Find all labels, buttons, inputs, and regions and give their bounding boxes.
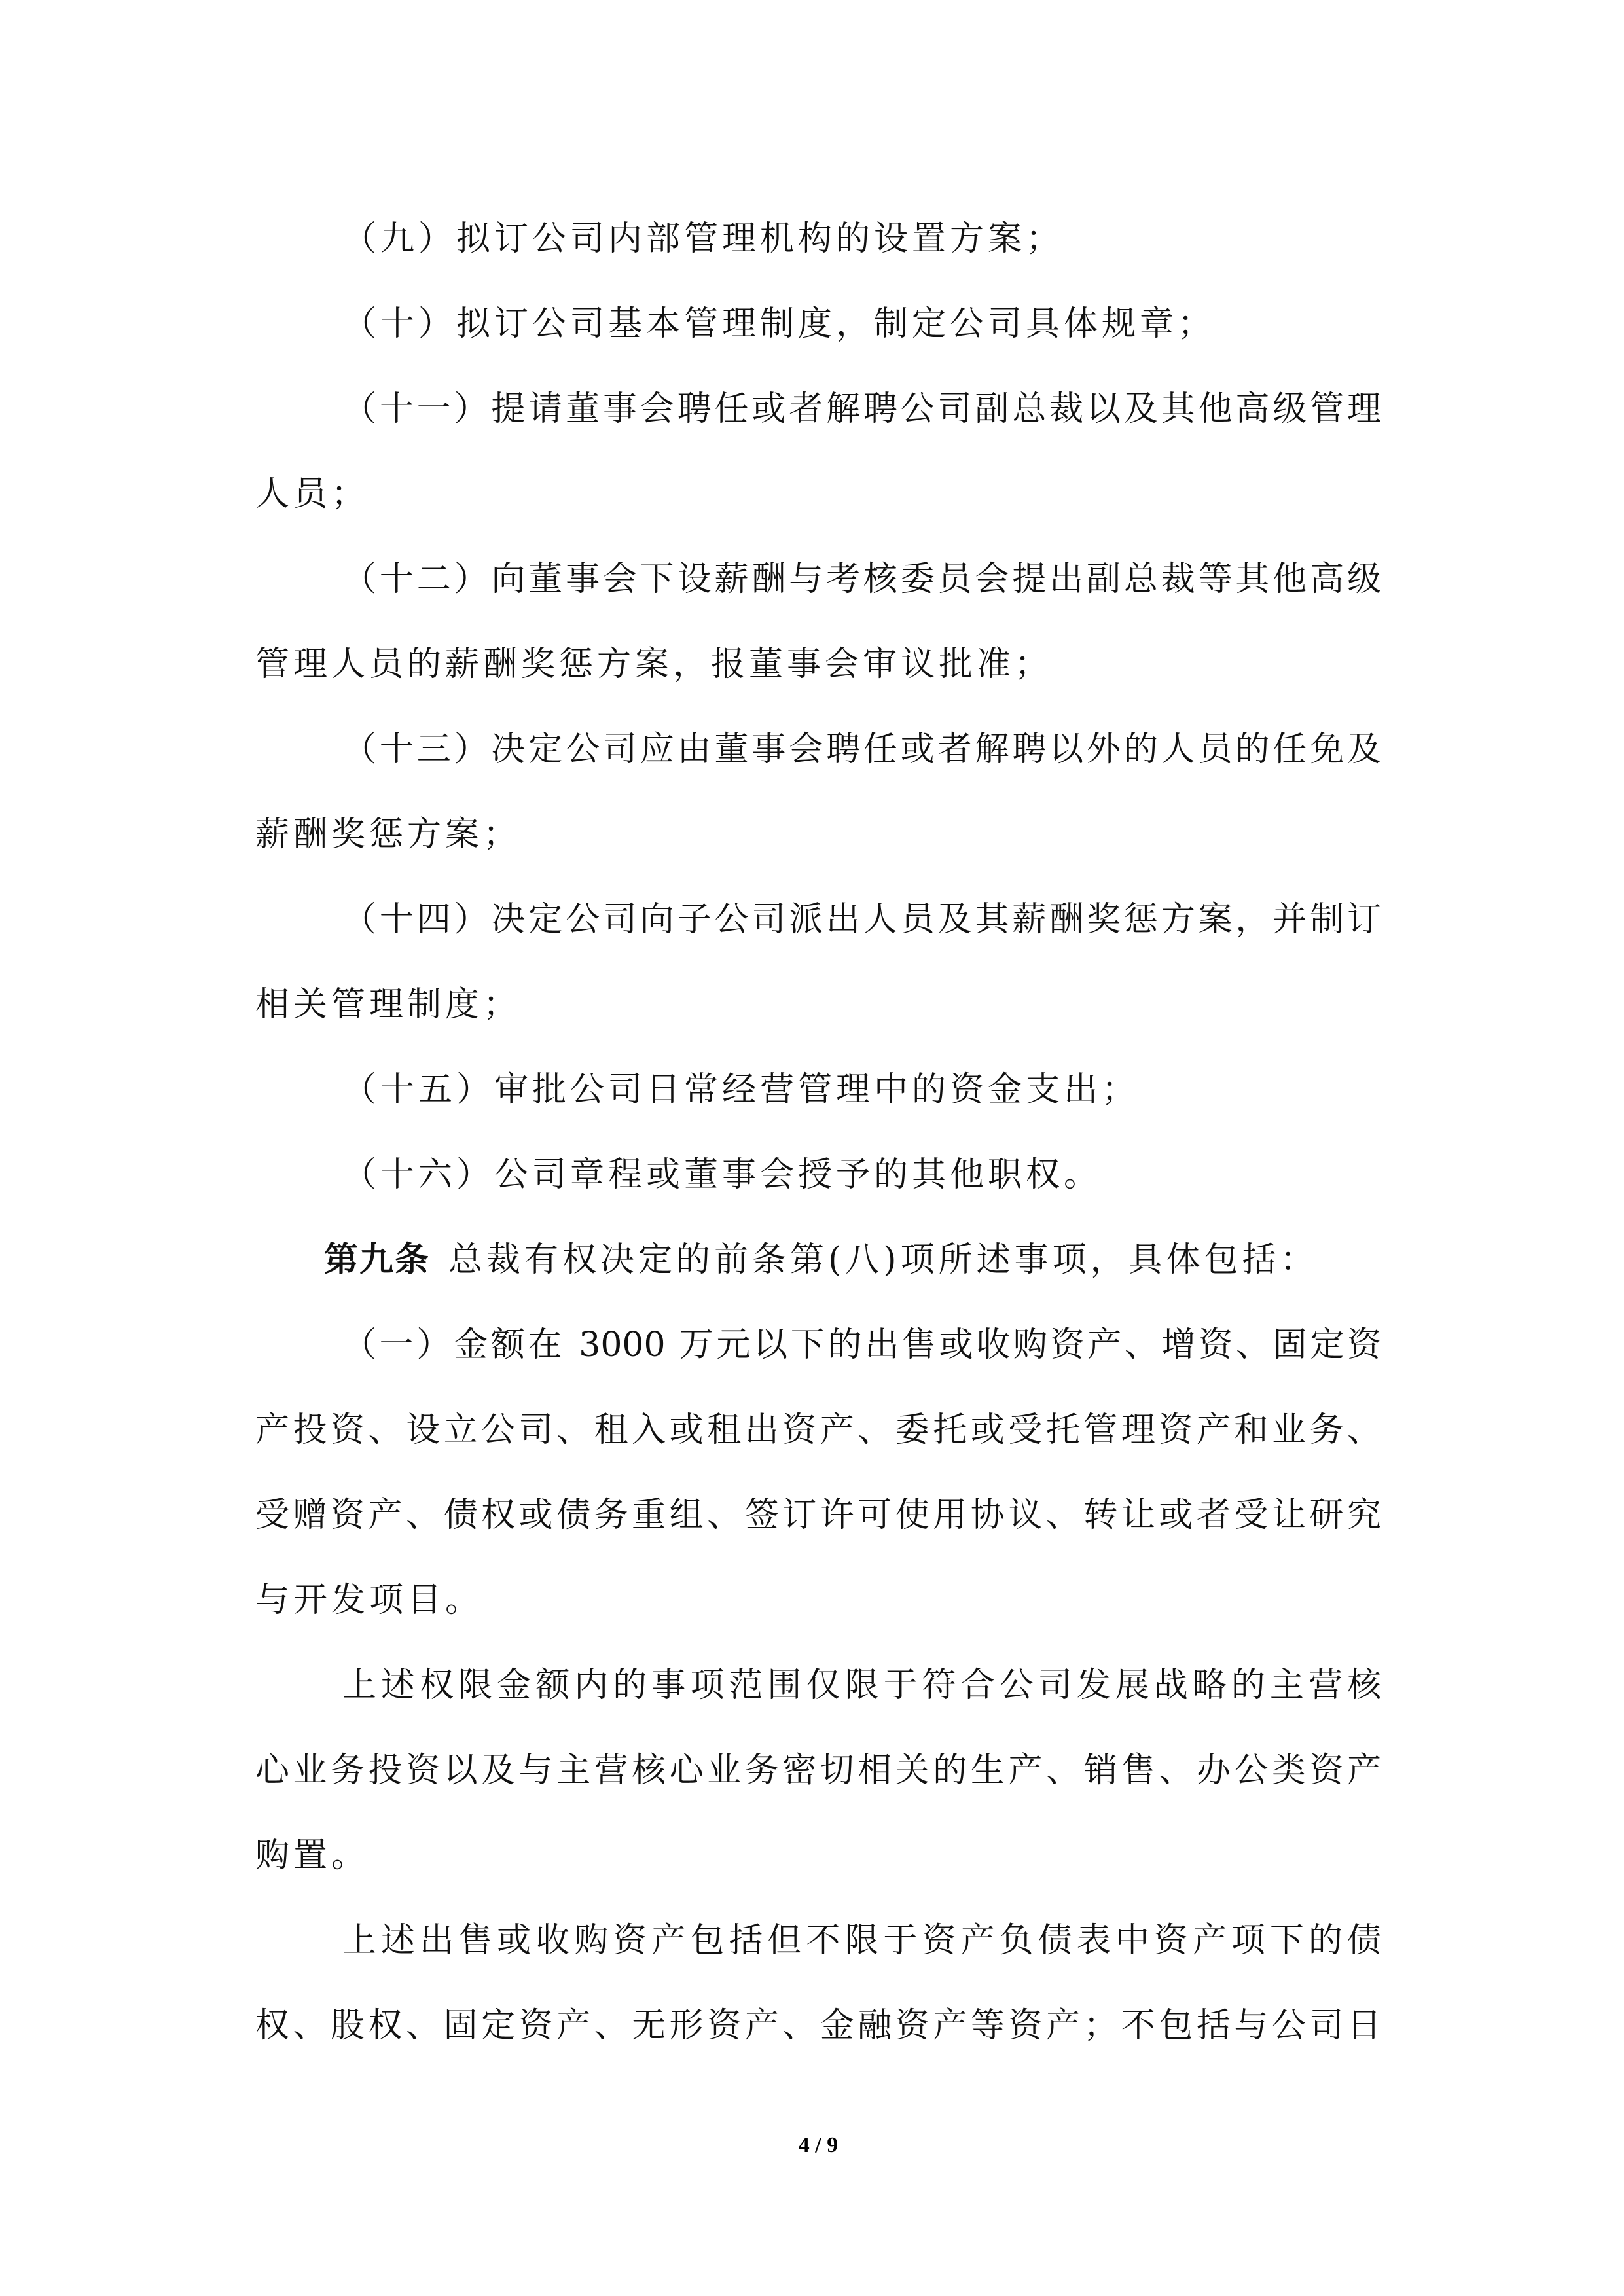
list-item-11-line1: （十一）提请董事会聘任或者解聘公司副总裁以及其他高级管理 (342, 386, 1381, 432)
paragraph-scope-line2: 心业务投资以及与主营核心业务密切相关的生产、销售、办公类资产 (255, 1748, 1381, 1793)
list-item-12-line1: （十二）向董事会下设薪酬与考核委员会提出副总裁等其他高级 (342, 556, 1381, 602)
list-item-13-line2: 薪酬奖惩方案； (255, 812, 521, 857)
list-item-12-line2: 管理人员的薪酬奖惩方案，报董事会审议批准； (255, 641, 1053, 687)
sub-item-1-line4: 与开发项目。 (255, 1577, 483, 1623)
paragraph-assets-line2: 权、股权、固定资产、无形资产、金融资产等资产；不包括与公司日 (255, 2003, 1381, 2049)
page-number: 4 / 9 (746, 2130, 890, 2161)
paragraph-scope-line3: 购置。 (255, 1833, 369, 1878)
sub-item-1-line1: （一）金额在 3000 万元以下的出售或收购资产、增资、固定资 (342, 1322, 1381, 1368)
list-item-9: （九）拟订公司内部管理机构的设置方案； (342, 216, 1064, 262)
list-item-14-line1: （十四）决定公司向子公司派出人员及其薪酬奖惩方案，并制订 (342, 897, 1381, 942)
document-page: （九）拟订公司内部管理机构的设置方案； （十）拟订公司基本管理制度，制定公司具体… (0, 0, 1624, 2296)
list-item-15: （十五）审批公司日常经营管理中的资金支出； (342, 1067, 1140, 1113)
paragraph-scope-line1: 上述权限金额内的事项范围仅限于符合公司发展战略的主营核 (342, 1662, 1381, 1708)
paragraph-assets-line1: 上述出售或收购资产包括但不限于资产负债表中资产项下的债 (342, 1918, 1381, 1964)
list-item-13-line1: （十三）决定公司应由董事会聘任或者解聘以外的人员的任免及 (342, 726, 1381, 772)
list-item-14-line2: 相关管理制度； (255, 982, 521, 1028)
list-item-16: （十六）公司章程或董事会授予的其他职权。 (342, 1152, 1102, 1198)
sub-item-1-line3: 受赠资产、债权或债务重组、签订许可使用协议、转让或者受让研究 (255, 1492, 1381, 1538)
list-item-11-line2: 人员； (255, 471, 369, 517)
article-heading: 第九条 (324, 1240, 430, 1280)
list-item-10: （十）拟订公司基本管理制度，制定公司具体规章； (342, 301, 1216, 347)
article-9-line: 第九条总裁有权决定的前条第(八)项所述事项，具体包括： (324, 1237, 1318, 1283)
article-9-text: 总裁有权决定的前条第(八)项所述事项，具体包括： (448, 1240, 1318, 1280)
sub-item-1-line2: 产投资、设立公司、租入或租出资产、委托或受托管理资产和业务、 (255, 1407, 1381, 1453)
